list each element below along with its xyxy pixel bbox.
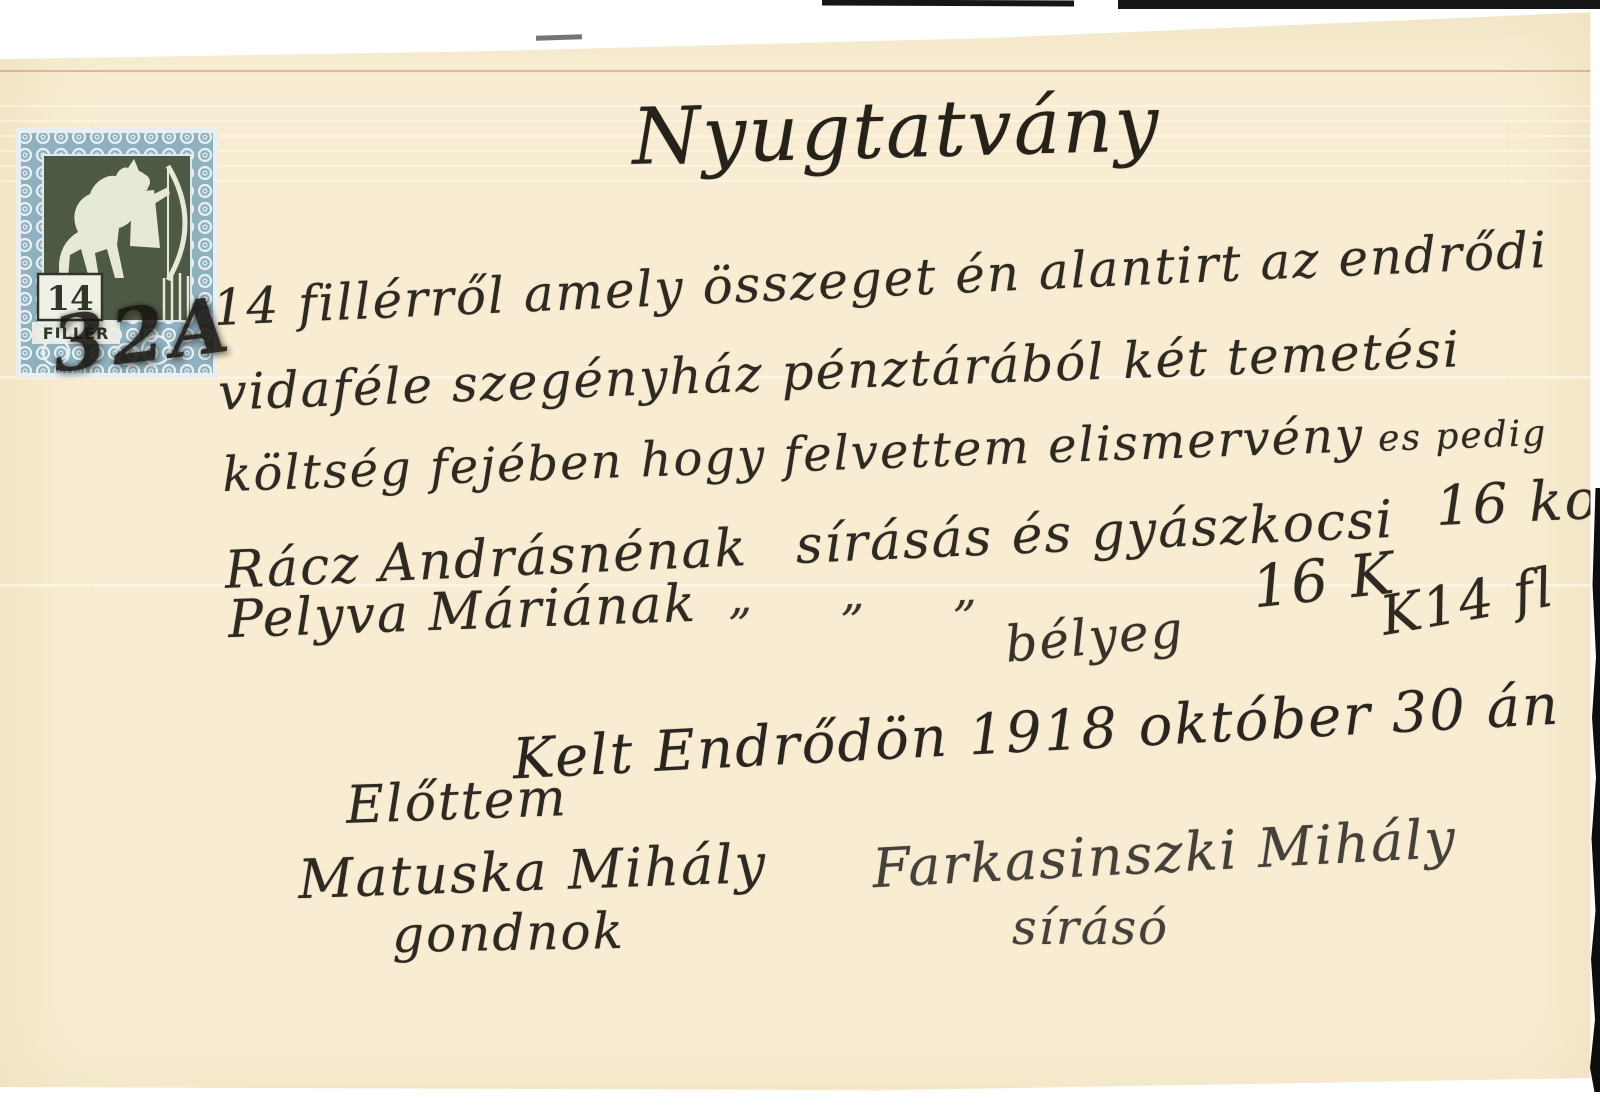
body-line-1: 14 fillérről amely összeget én alantirt … <box>211 221 1549 337</box>
ditto-marks: „ „ „ <box>727 562 979 625</box>
witness-role: gondnok <box>392 902 626 964</box>
body-line-3-text: költség fejében hogy felvettem elismervé… <box>221 407 1365 503</box>
entry-amount: 16 kor. <box>1434 465 1600 538</box>
witness-signature: Matuska Mihály <box>297 832 768 911</box>
ruled-line <box>0 70 1600 72</box>
signer-role: sírásó <box>1012 900 1169 956</box>
body-line-3-suffix: es pedig <box>1377 413 1548 460</box>
date-line: Kelt Endrődön 1918 október 30 án <box>511 673 1562 793</box>
body-line-2: vidaféle szegényház pénztárából két teme… <box>217 320 1461 421</box>
stamp-fee-label: bélyeg <box>1003 600 1187 673</box>
scanned-receipt-page: Nyugtatvány 14 fillérről amely összeget … <box>0 0 1600 1116</box>
stamp-fee-amount: K14 fl <box>1376 555 1560 648</box>
document-title: Nyugtatvány <box>631 79 1162 183</box>
signer-signature: Farkasinszki Mihály <box>871 807 1459 901</box>
scanner-edge-mark <box>822 0 1074 6</box>
entry-amount-2: 16 K <box>1249 539 1399 622</box>
scanner-edge-mark <box>536 34 582 41</box>
scanner-edge-strip <box>1590 488 1600 1092</box>
scanner-edge-mark <box>1118 0 1600 9</box>
paper-sheet: Nyugtatvány 14 fillérről amely összeget … <box>0 0 1600 1116</box>
witness-label: Előttem <box>345 768 569 836</box>
